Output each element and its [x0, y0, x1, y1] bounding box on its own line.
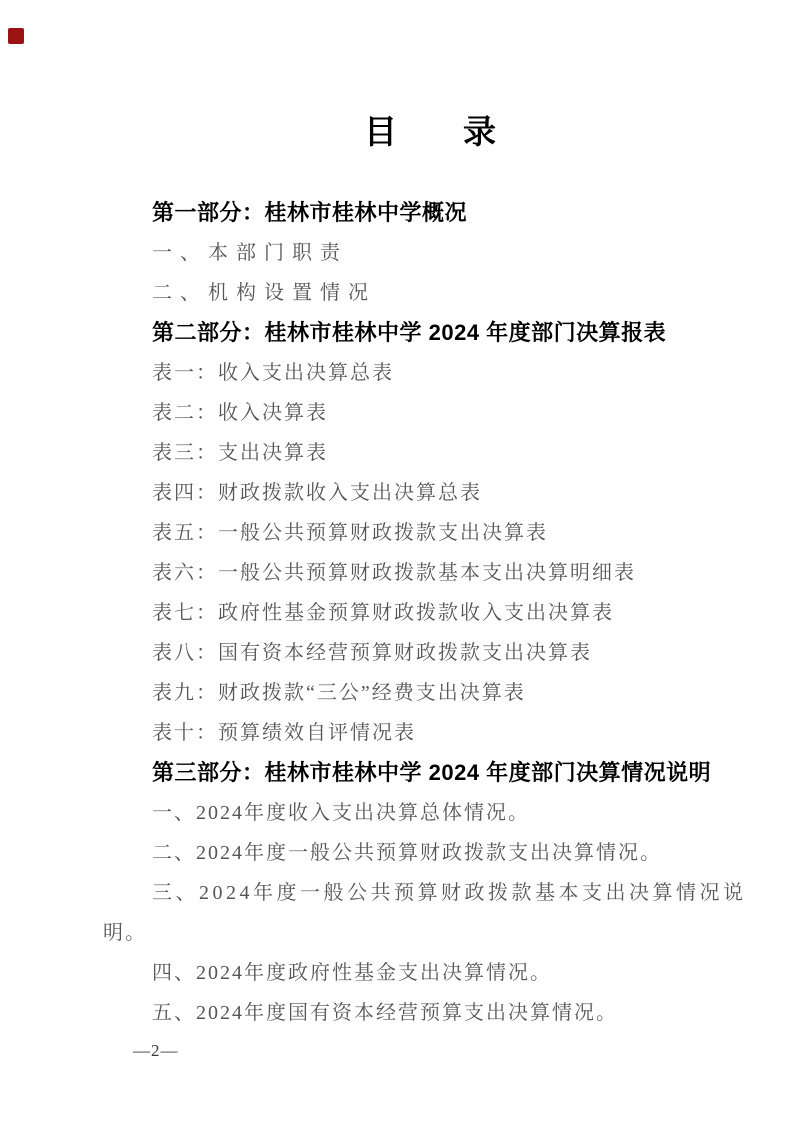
toc-item: 二、2024年度一般公共预算财政拨款支出决算情况。 [103, 833, 763, 873]
toc-item: 表四：财政拨款收入支出决算总表 [103, 473, 763, 513]
toc-item: 五、2024年度国有资本经营预算支出决算情况。 [103, 993, 763, 1033]
document-page: 目 录 第一部分：桂林市桂林中学概况 一、本部门职责 二、机构设置情况 第二部分… [0, 0, 800, 1131]
toc-heading-part-3: 第三部分：桂林市桂林中学 2024 年度部门决算情况说明 [103, 753, 763, 793]
toc-item: 表九：财政拨款“三公”经费支出决算表 [103, 673, 763, 713]
toc-item: 表十：预算绩效自评情况表 [103, 713, 763, 753]
toc-item: 表七：政府性基金预算财政拨款收入支出决算表 [103, 593, 763, 633]
page-number: —2— [133, 1042, 179, 1060]
toc-item: 表八：国有资本经营预算财政拨款支出决算表 [103, 633, 763, 673]
toc-heading-part-1: 第一部分：桂林市桂林中学概况 [103, 193, 763, 233]
toc-item: 一、2024年度收入支出决算总体情况。 [103, 793, 763, 833]
toc-item: 表一：收入支出决算总表 [103, 353, 763, 393]
page-title: 目 录 [0, 110, 800, 154]
toc-item: 表六：一般公共预算财政拨款基本支出决算明细表 [103, 553, 763, 593]
toc-item: 二、机构设置情况 [103, 273, 763, 313]
toc-item: 四、2024年度政府性基金支出决算情况。 [103, 953, 763, 993]
table-of-contents: 第一部分：桂林市桂林中学概况 一、本部门职责 二、机构设置情况 第二部分：桂林市… [103, 193, 763, 1033]
toc-item: 三、2024年度一般公共预算财政拨款基本支出决算情况说 [103, 873, 763, 913]
toc-item-continuation: 明。 [103, 913, 763, 953]
red-corner-marker [8, 28, 24, 44]
toc-item: 表二：收入决算表 [103, 393, 763, 433]
toc-item: 表五：一般公共预算财政拨款支出决算表 [103, 513, 763, 553]
toc-heading-part-2: 第二部分：桂林市桂林中学 2024 年度部门决算报表 [103, 313, 763, 353]
toc-item: 一、本部门职责 [103, 233, 763, 273]
toc-item: 表三：支出决算表 [103, 433, 763, 473]
